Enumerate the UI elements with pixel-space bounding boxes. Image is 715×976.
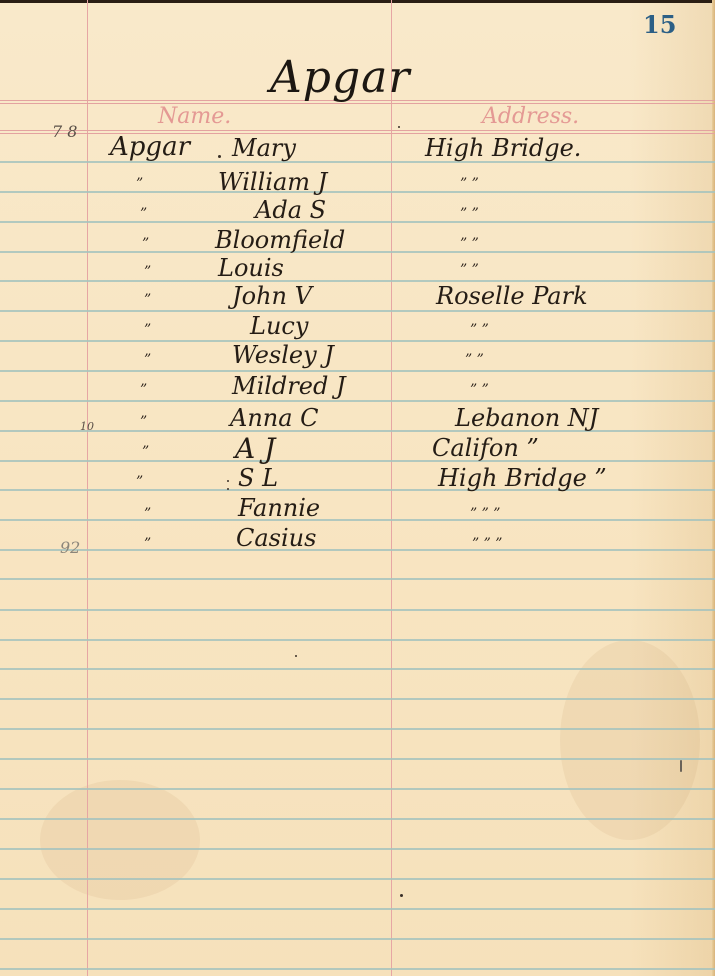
entry-address-ditto: ” ” ” xyxy=(472,536,502,552)
entry-address-ditto: ” ” xyxy=(460,236,479,252)
entry-surname: Apgar xyxy=(110,132,190,162)
ruled-line xyxy=(0,221,715,223)
entry-address: High Bridge. xyxy=(425,134,581,162)
column-divider-line xyxy=(391,0,392,976)
ruled-line xyxy=(0,400,715,402)
entry-surname-ditto: ” xyxy=(144,264,151,280)
entry-address-ditto: ” ” xyxy=(465,352,484,368)
ruled-line xyxy=(0,251,715,253)
entry-address-ditto: ” ” ” xyxy=(470,506,500,522)
entry-given-name: S L xyxy=(238,464,278,492)
ruled-line xyxy=(0,908,715,910)
ruled-line xyxy=(0,878,715,880)
entry-surname-ditto: ” xyxy=(144,506,151,522)
name-column-header: Name. xyxy=(158,104,231,129)
entry-address: Califon ” xyxy=(432,434,539,462)
ruled-line xyxy=(0,340,715,342)
entry-surname-ditto: ” xyxy=(142,236,149,252)
ruled-line xyxy=(0,788,715,790)
entry-given-name: Mildred J xyxy=(232,372,346,400)
entry-given-name: Anna C xyxy=(230,404,319,432)
page-number: 15 xyxy=(643,10,676,39)
entry-surname-ditto: ” xyxy=(144,352,151,368)
entry-address-ditto: ” ” xyxy=(470,382,489,398)
ink-dot xyxy=(218,155,221,158)
ruled-line xyxy=(0,758,715,760)
left-margin-line xyxy=(87,0,88,976)
entry-address: Roselle Park xyxy=(436,282,588,310)
entry-surname-ditto: ” xyxy=(136,176,143,192)
ruled-line xyxy=(0,848,715,850)
ink-dot xyxy=(227,480,229,482)
entry-address: High Bridge ” xyxy=(438,464,607,492)
margin-note-middle: 10 xyxy=(80,420,94,433)
ruled-line xyxy=(0,728,715,730)
ruled-line xyxy=(0,698,715,700)
ruled-line xyxy=(0,280,715,282)
ruled-line xyxy=(0,489,715,491)
entry-given-name: Lucy xyxy=(250,312,308,340)
header-rule-bottom xyxy=(0,130,715,131)
page-title: Apgar xyxy=(270,52,410,103)
header-rule-top-2 xyxy=(0,103,715,104)
ruled-line xyxy=(0,460,715,462)
entry-given-name: Ada S xyxy=(255,196,326,224)
entry-surname-ditto: ” xyxy=(144,322,151,338)
entry-given-name: Mary xyxy=(232,134,296,162)
ink-dot xyxy=(295,655,297,657)
ruled-line xyxy=(0,430,715,432)
ruled-line xyxy=(0,818,715,820)
ruled-line xyxy=(0,370,715,372)
ruled-line xyxy=(0,968,715,970)
paper-stain xyxy=(560,640,700,840)
entry-given-name: Bloomfield xyxy=(215,226,345,254)
header-rule-bottom-2 xyxy=(0,133,715,134)
entry-surname-ditto: ” xyxy=(140,414,147,430)
ink-dot xyxy=(400,894,403,897)
ruled-line xyxy=(0,519,715,521)
entry-surname-ditto: ” xyxy=(140,382,147,398)
ink-dot xyxy=(680,760,682,772)
paper-stain xyxy=(40,780,200,900)
entry-surname-ditto: ” xyxy=(144,292,151,308)
entry-given-name: Wesley J xyxy=(232,341,334,369)
ledger-page: 15 Apgar Name. Address. 7 8 10 92 Apgar … xyxy=(0,0,715,976)
entry-given-name: William J xyxy=(218,168,327,196)
ruled-line xyxy=(0,639,715,641)
address-column-header: Address. xyxy=(482,104,579,129)
ruled-line xyxy=(0,161,715,163)
entry-address-ditto: ” ” xyxy=(460,176,479,192)
margin-note-bottom: 92 xyxy=(60,538,80,557)
ruled-line xyxy=(0,310,715,312)
ruled-line xyxy=(0,668,715,670)
ruled-line xyxy=(0,191,715,193)
margin-note-top: 7 8 xyxy=(52,122,77,141)
ink-dot xyxy=(398,126,400,128)
entry-given-name: Louis xyxy=(218,254,284,282)
entry-given-name: Fannie xyxy=(238,494,320,522)
entry-given-name: John V xyxy=(232,282,312,310)
entry-given-name: Casius xyxy=(236,524,316,552)
entry-surname-ditto: ” xyxy=(140,206,147,222)
entry-surname-ditto: ” xyxy=(144,536,151,552)
ruled-line xyxy=(0,609,715,611)
ruled-line xyxy=(0,578,715,580)
entry-surname-ditto: ” xyxy=(142,444,149,460)
ruled-line xyxy=(0,549,715,551)
ruled-line xyxy=(0,938,715,940)
entry-address-ditto: ” ” xyxy=(460,262,479,278)
entry-address-ditto: ” ” xyxy=(470,322,489,338)
entry-given-name: A J xyxy=(235,432,275,465)
entry-address: Lebanon NJ xyxy=(455,404,598,432)
ink-dot xyxy=(227,488,229,490)
entry-address-ditto: ” ” xyxy=(460,206,479,222)
entry-surname-ditto: ” xyxy=(136,474,143,490)
page-top-edge xyxy=(0,0,715,3)
